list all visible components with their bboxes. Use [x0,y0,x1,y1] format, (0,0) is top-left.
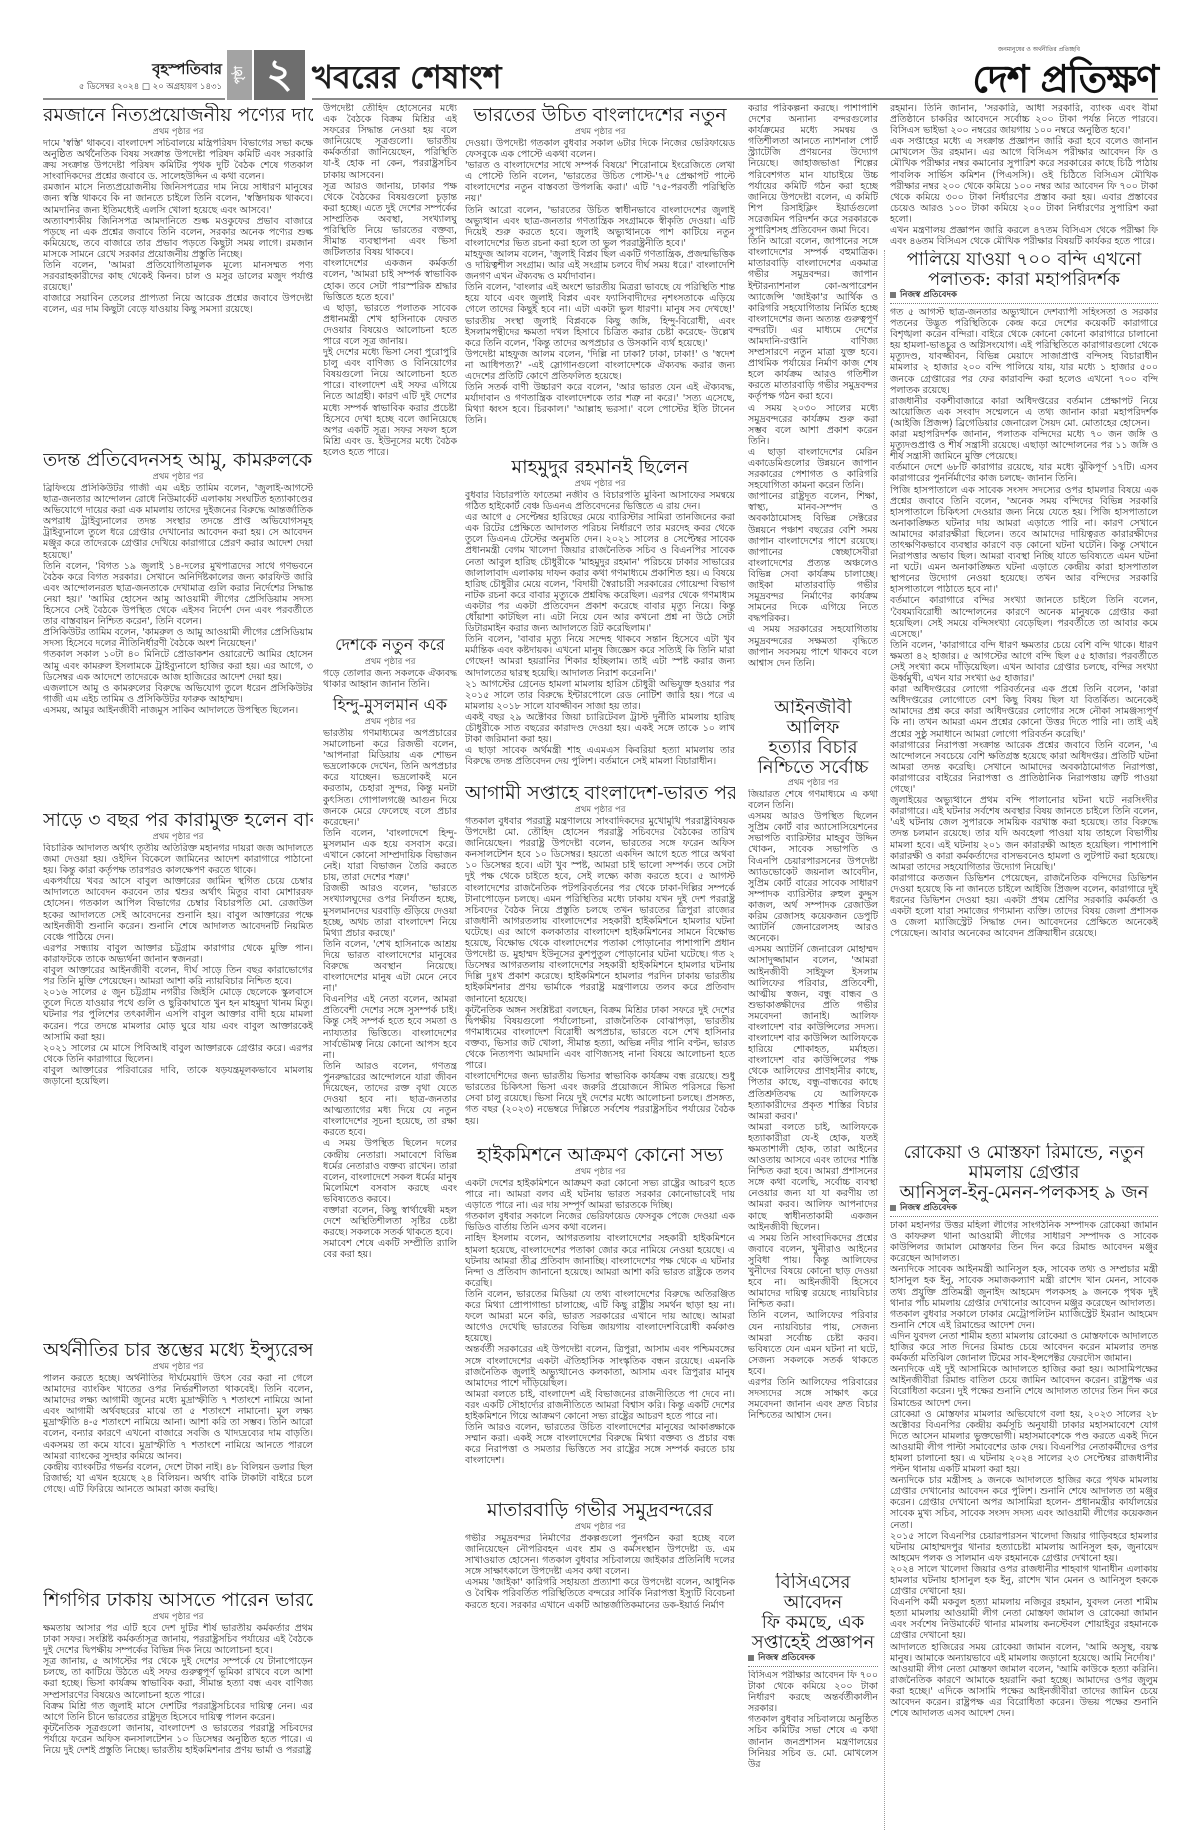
article-high-commission-attack: হাইকমিশনে আক্রমণ কোনো সভ্য প্রথম পৃষ্ঠার… [465,1143,735,1496]
continued-label: প্রথম পৃষ্ঠার পর [43,832,313,843]
byline-text: নিজস্ব প্রতিবেদক [900,290,957,300]
article-body: ভারতীয় গণমাধ্যমের অপপ্রচারের সমালোচনা ক… [323,728,457,1833]
article-india-new-reality: ভারতের উচিত বাংলাদেশের নতুন প্রথম পৃষ্ঠা… [465,103,735,453]
page-label-box: পৃষ্ঠা [227,50,252,100]
headline: শিগগির ঢাকায় আসতে পারেন ভারতের [43,1588,313,1612]
page-number-box: ২ [254,50,305,100]
headline: রমজানে নিত্যপ্রয়োজনীয় পণ্যের দামে [43,103,313,127]
article-body: ঢাকা মহানগর উত্তর মহিলা লীগের সাংগঠনিক স… [890,1220,1158,1833]
article-body: বুধবার বিচারপতি ফাতেমা নজীব ও বিচারপতি ম… [465,490,735,779]
continued-label: প্রথম পৃষ্ঠার পর [465,479,735,490]
headline: বিসিএসের আবেদন ফি কমছে, এক সপ্তাহেই প্রজ… [748,1573,878,1653]
continued-label: প্রথম পৃষ্ঠার পর [43,472,313,483]
article-body: গভীর সমুদ্রবন্দর নির্মাণের প্রকল্পগুলো প… [465,1533,735,1833]
article-foreign-secretary-meeting: আগামী সপ্তাহে বাংলাদেশ-ভারত পররাষ্ট্র প্… [465,781,735,1141]
article-amu-kamrul: তদন্ত প্রতিবেদনসহ আমু, কামরুলকে ১৭ প্রথম… [43,448,313,806]
article-ramadan-prices: রমজানে নিত্যপ্রয়োজনীয় পণ্যের দামে প্রথ… [43,103,313,446]
article-body: গড়ে তোলার জন্য সকলকে ঐক্যবদ্ধ থাকার আহ্… [323,668,457,691]
continued-label: প্রথম পৃষ্ঠার পর [465,1167,735,1178]
staff-reporter-byline: নিজস্ব প্রতিবেদক [748,1653,878,1667]
article-remand-arrests: রোকেয়া ও মোস্তফা রিমান্ডে, নতুন মামলায়… [890,1143,1158,1833]
article-continuation-e: রহমান। তিনি জানান, 'সরকারি, আধা সরকারি, … [890,103,1158,248]
headline: মাতারবাড়ি গভীর সমুদ্রবন্দরের [465,1498,735,1522]
article-body: বিসিএস পরীক্ষার আবেদন ফি ৭০০ টাকা থেকে ক… [748,1670,878,1833]
article-body: গতকাল বুধবার পররাষ্ট্র মন্ত্রণালয়ে সাংব… [465,816,735,1141]
article-body: উপদেষ্টা তৌহিদ হোসেনের মধ্যে এক বৈঠকে বি… [323,103,457,631]
article-indian-secretary-visit: শিগগির ঢাকায় আসতে পারেন ভারতের প্রথম পৃ… [43,1588,313,1833]
headline: হিন্দু-মুসলমান এক [323,693,457,717]
headline: আইনজীবী আলিফ হত্যার বিচার নিশ্চিতে সর্বো… [748,698,878,778]
article-mahmudur-rahman: মাহমুদুর রহমানই ছিলেন প্রথম পৃষ্ঠার পর ব… [465,455,735,779]
byline-text: নিজস্ব প্রতিবেদক [900,1203,957,1213]
column-divider [884,250,885,1830]
article-body: ব্রিফিংয়ে প্রসিকিউটর গাজী এম এইচ তামিম … [43,483,313,806]
article-body: দামে 'স্বস্তি' থাকবে। বাংলাদেশ সচিবালয়ে… [43,138,313,446]
bullet-square-icon [890,1205,896,1211]
continued-label: প্রথম পৃষ্ঠার পর [748,778,878,789]
newspaper-page: বৃহস্পতিবার ৫ ডিসেম্বর ২০২৪ □ ২০ অগ্রহায… [0,0,1200,1843]
headline: মাহমুদুর রহমানই ছিলেন [465,455,735,479]
article-body: জিয়ারত শেষে গণমাধ্যমে এ কথা বলেন তিনি। … [748,789,878,1571]
article-insurance-economy: অর্থনীতির চার স্তম্ভের মধ্যে ইন্স্যুরেন্… [43,1338,313,1586]
headline: দেশকে নতুন করে [323,633,457,657]
headline: ভারতের উচিত বাংলাদেশের নতুন [465,103,735,127]
article-body: রহমান। তিনি জানান, 'সরকারি, আধা সরকারি, … [890,103,1158,248]
headline: আগামী সপ্তাহে বাংলাদেশ-ভারত পররাষ্ট্র [465,781,735,805]
headline: অর্থনীতির চার স্তম্ভের মধ্যে ইন্স্যুরেন্… [43,1338,313,1362]
article-matarbari-port: মাতারবাড়ি গভীর সমুদ্রবন্দরের প্রথম পৃষ্… [465,1498,735,1833]
article-lawyer-alif: আইনজীবী আলিফ হত্যার বিচার নিশ্চিতে সর্বো… [748,698,878,1571]
bullet-square-icon [748,1655,754,1661]
article-body: ক্ষমতায় আসার পর এটি হবে দেশ দুটির শীর্ষ… [43,1623,313,1833]
continued-label: প্রথম পৃষ্ঠার পর [323,717,457,728]
article-body: একটা দেশের হাইকমিশনে আক্রমণ করা কোনো সভ্… [465,1178,735,1496]
bullet-square-icon [890,292,896,298]
article-body: দেওয়া। উপদেষ্টা গতকাল বুধবার সকাল ৬টার … [465,138,735,453]
article-body: পালন করতে হচ্ছে। অর্থনীতির দীর্ঘমেয়াদি … [43,1373,313,1586]
article-body: গত ৫ আগস্ট ছাত্র-জনতার অভ্যুত্থানে দেশব্… [890,307,1158,1140]
article-body: করার পরিকল্পনা করছে। পাশাপাশি দেশের অন্য… [748,103,878,696]
continued-label: প্রথম পৃষ্ঠার পর [43,1612,313,1623]
article-hindu-muslim-unity: হিন্দু-মুসলমান এক প্রথম পৃষ্ঠার পর ভারতী… [323,693,457,1833]
continued-label: প্রথম পৃষ্ঠার পর [465,805,735,816]
headline: রোকেয়া ও মোস্তফা রিমান্ডে, নতুন মামলায়… [890,1143,1158,1203]
article-bcs-fee: বিসিএসের আবেদন ফি কমছে, এক সপ্তাহেই প্রজ… [748,1573,878,1833]
headline: তদন্ত প্রতিবেদনসহ আমু, কামরুলকে ১৭ [43,448,313,472]
article-continuation-d: করার পরিকল্পনা করছে। পাশাপাশি দেশের অন্য… [748,103,878,696]
issue-date: ৫ ডিসেম্বর ২০২৪ □ ২০ অগ্রহায়ণ ১৪৩১ [40,80,222,94]
headline: সাড়ে ৩ বছর পর কারামুক্ত হলেন বাবুল [43,808,313,832]
headline: হাইকমিশনে আক্রমণ কোনো সভ্য [465,1143,735,1167]
article-rebuild-country: দেশকে নতুন করে প্রথম পৃষ্ঠার পর গড়ে তোল… [323,633,457,691]
headline: পালিয়ে যাওয়া ৭০০ বন্দি এখনো পলাতক: কার… [890,250,1158,290]
header-rule-left [43,98,225,100]
continued-label: প্রথম পৃষ্ঠার পর [43,127,313,138]
article-continuation-b: উপদেষ্টা তৌহিদ হোসেনের মধ্যে এক বৈঠকে বি… [323,103,457,631]
continued-label: প্রথম পৃষ্ঠার পর [43,1362,313,1373]
continued-label: প্রথম পৃষ্ঠার পর [323,657,457,668]
article-body: বিচারিক আদালত অর্থাৎ তৃতীয় অতিরিক্ত মহা… [43,843,313,1336]
article-escaped-prisoners: পালিয়ে যাওয়া ৭০০ বন্দি এখনো পলাতক: কার… [890,250,1158,1140]
continued-label: প্রথম পৃষ্ঠার পর [465,1522,735,1533]
staff-reporter-byline: নিজস্ব প্রতিবেদক [890,290,1158,304]
staff-reporter-byline: নিজস্ব প্রতিবেদক [890,1203,1158,1217]
header-rule-right [312,98,1158,100]
article-babul-released: সাড়ে ৩ বছর পর কারামুক্ত হলেন বাবুল প্রথ… [43,808,313,1336]
continued-label: প্রথম পৃষ্ঠার পর [465,127,735,138]
byline-text: নিজস্ব প্রতিবেদক [758,1653,815,1663]
